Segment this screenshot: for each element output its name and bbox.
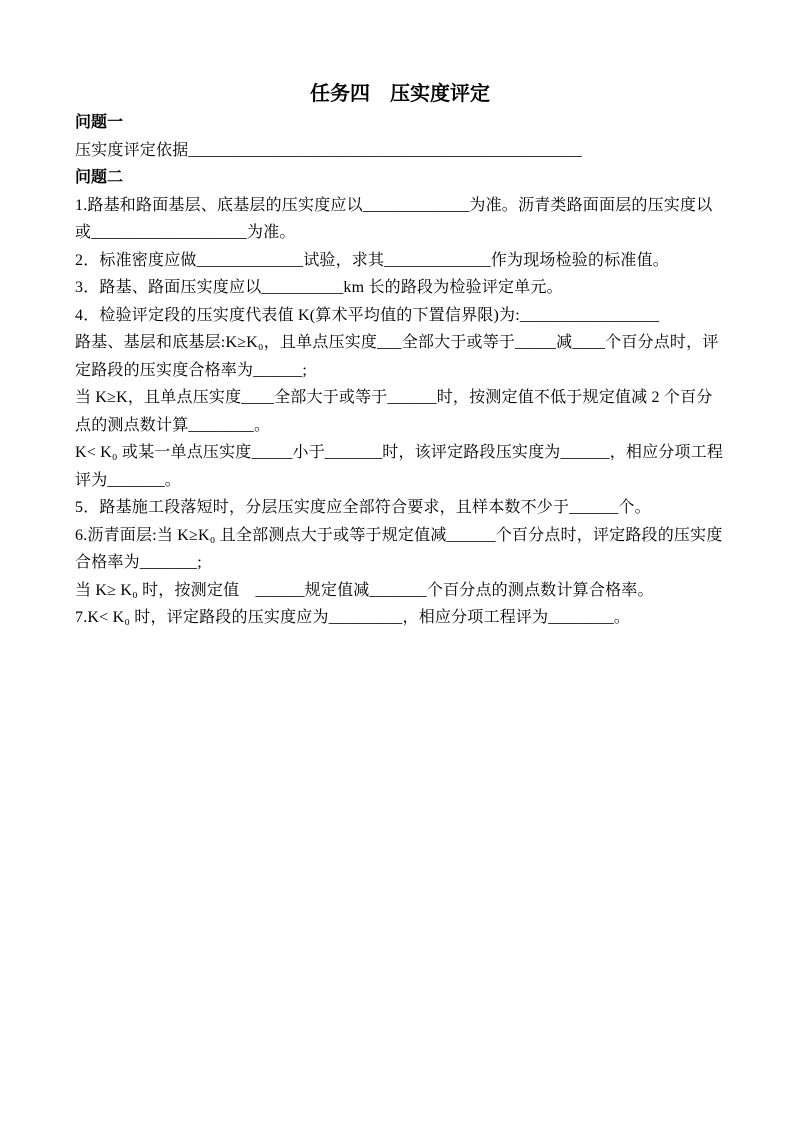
- question-line: 1.路基和路面基层、底基层的压实度应以_____________为准。沥青类路面…: [75, 192, 725, 220]
- question-line: 路基、基层和底基层:K≥K₀，且单点压实度___全部大于或等于_____减___…: [75, 329, 725, 357]
- question-line: 3．路基、路面压实度应以__________km 长的路段为检验评定单元。: [75, 274, 725, 302]
- question-line: K< K₀ 或某一单点压实度_____小于_______时，该评定路段压实度为_…: [75, 439, 725, 467]
- section-heading-question-1: 问题一: [75, 109, 725, 137]
- question-line: 7.K< K₀ 时，评定路段的压实度应为_________，相应分项工程评为__…: [75, 604, 725, 632]
- document-page: 任务四 压实度评定 问题一 压实度评定依据___________________…: [0, 0, 800, 1131]
- question-line: 2．标准密度应做_____________试验，求其_____________作…: [75, 247, 725, 275]
- question-line: 合格率为_______;: [75, 549, 725, 577]
- question-line: 当 K≥ K₀ 时，按测定值 ______规定值减_______个百分点的测点数…: [75, 577, 725, 605]
- page-title: 任务四 压实度评定: [75, 80, 725, 109]
- question-line: 或___________________为准。: [75, 219, 725, 247]
- question-line: 压实度评定依据_________________________________…: [75, 137, 725, 165]
- question-line: 当 K≥K，且单点压实度____全部大于或等于______时，按测定值不低于规定…: [75, 384, 725, 412]
- question-line: 6.沥青面层:当 K≥K₀ 且全部测点大于或等于规定值减______个百分点时，…: [75, 522, 725, 550]
- question-line: 定路段的压实度合格率为______;: [75, 357, 725, 385]
- question-line: 4．检验评定段的压实度代表值 K(算术平均值的下置信界限)为:_________…: [75, 302, 725, 330]
- question-line: 点的测点数计算________。: [75, 412, 725, 440]
- question-line: 5．路基施工段落短时，分层压实度应全部符合要求，且样本数不少于______个。: [75, 494, 725, 522]
- section-heading-question-2: 问题二: [75, 164, 725, 192]
- question-line: 评为_______。: [75, 467, 725, 495]
